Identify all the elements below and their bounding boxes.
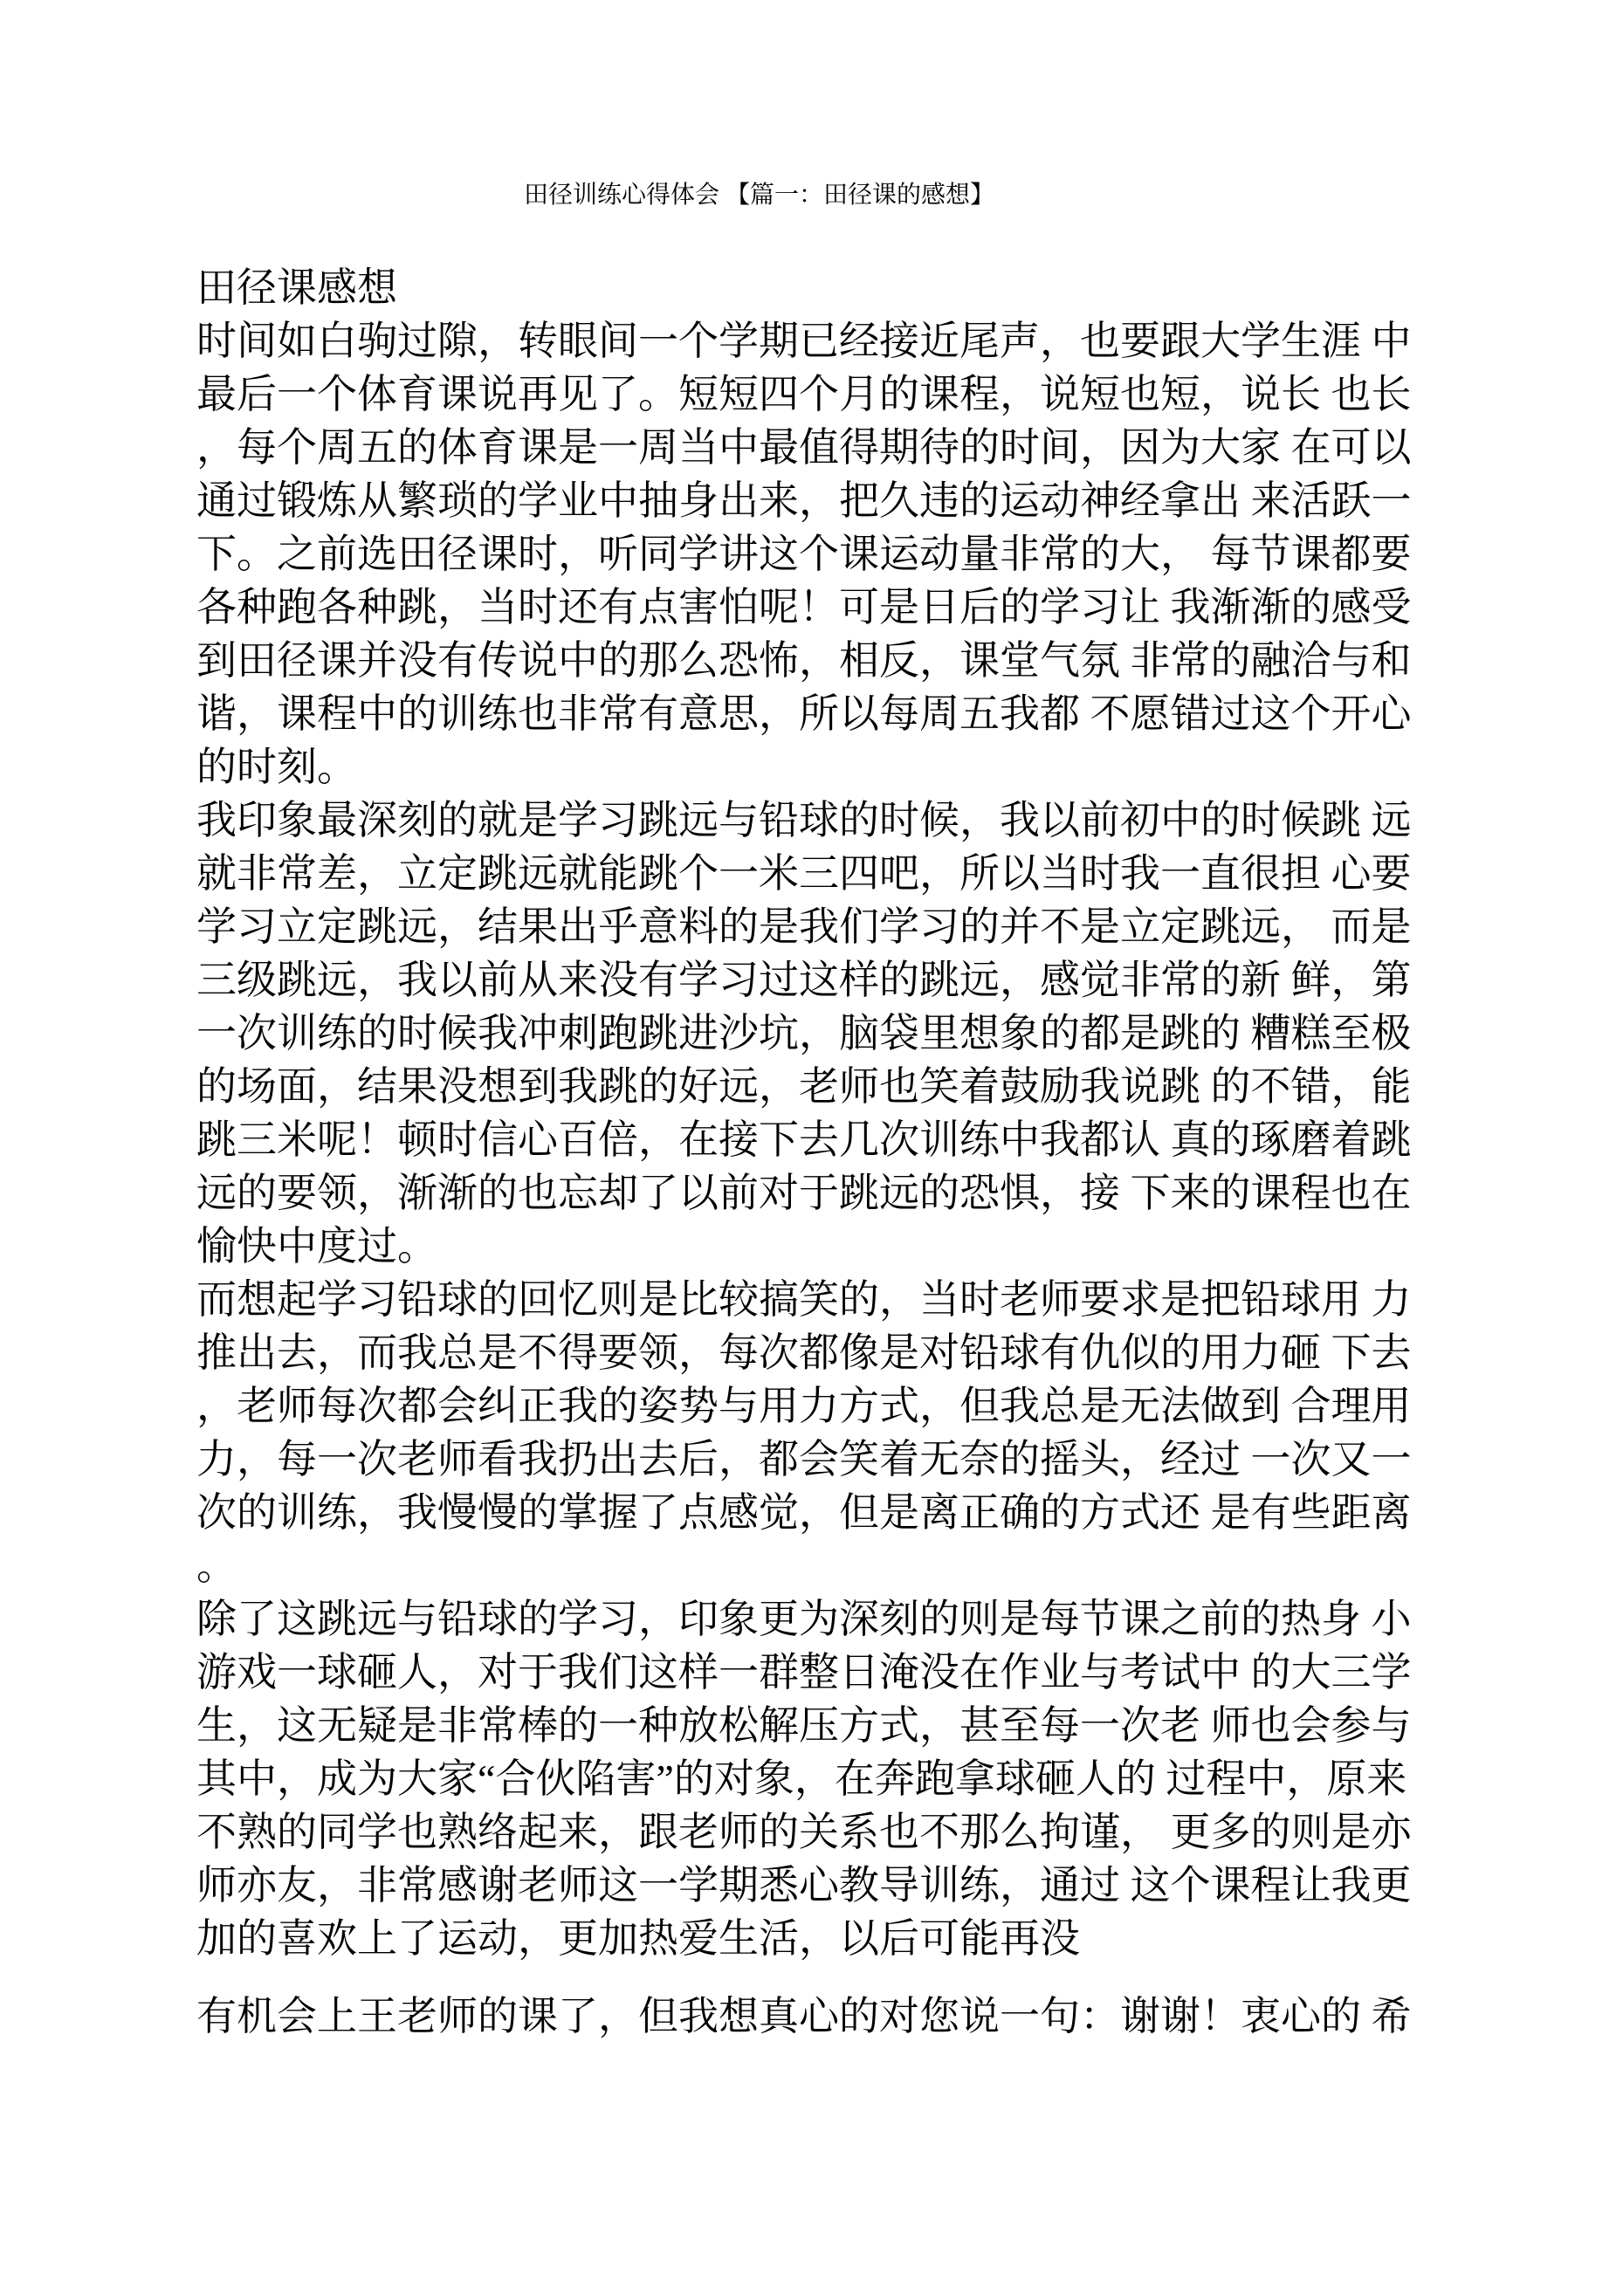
text-line: 游戏一球砸人，对于我们这样一群整日淹没在作业与考试中 的大三学	[196, 1646, 1471, 1699]
text-line: 加的喜欢上了运动，更加热爱生活，以后可能再没	[196, 1912, 1471, 1965]
text-line: 除了这跳远与铅球的学习，印象更为深刻的则是每节课之前的热身 小	[196, 1592, 1471, 1646]
text-line: 推出去，而我总是不得要领，每次都像是对铅球有仇似的用力砸 下去	[196, 1326, 1471, 1379]
document-title: 田径训练心得体会 【篇一：田径课的感想】	[524, 178, 994, 213]
text-line: 谐，课程中的训练也非常有意思，所以每周五我都 不愿错过这个开心	[196, 687, 1471, 740]
text-line: 三级跳远，我以前从来没有学习过这样的跳远，感觉非常的新 鲜，第	[196, 953, 1471, 1007]
text-line: 愉快中度过。	[196, 1220, 1471, 1273]
text-line: 远的要领，渐渐的也忘却了以前对于跳远的恐惧，接 下来的课程也在	[196, 1166, 1471, 1220]
text-line: 最后一个体育课说再见了。短短四个月的课程，说短也短，说长 也长	[196, 368, 1471, 421]
text-line: 时间如白驹过隙，转眼间一个学期已经接近尾声，也要跟大学生涯 中	[196, 314, 1471, 368]
text-line: ，老师每次都会纠正我的姿势与用力方式，但我总是无法做到 合理用	[196, 1379, 1471, 1433]
text-line-heading: 田径课感想	[196, 261, 1471, 314]
text-line: 跳三米呢！顿时信心百倍，在接下去几次训练中我都认 真的琢磨着跳	[196, 1113, 1471, 1166]
text-line: 各种跑各种跳，当时还有点害怕呢！可是日后的学习让 我渐渐的感受	[196, 581, 1471, 634]
text-line: 的场面，结果没想到我跳的好远，老师也笑着鼓励我说跳 的不错，能	[196, 1060, 1471, 1113]
text-line-final: 有机会上王老师的课了，但我想真心的对您说一句：谢谢！衷心的 希	[196, 1990, 1471, 2043]
text-line: 通过锻炼从繁琐的学业中抽身出来，把久违的运动神经拿出 来活跃一	[196, 474, 1471, 527]
document-page: 田径训练心得体会 【篇一：田径课的感想】 田径课感想 时间如白驹过隙，转眼间一个…	[0, 0, 1623, 2296]
text-line: 次的训练，我慢慢的掌握了点感觉，但是离正确的方式还 是有些距离	[196, 1486, 1471, 1539]
text-line: 到田径课并没有传说中的那么恐怖，相反，课堂气氛 非常的融洽与和	[196, 634, 1471, 687]
text-line: 学习立定跳远，结果出乎意料的是我们学习的并不是立定跳远， 而是	[196, 900, 1471, 953]
text-line: ，每个周五的体育课是一周当中最值得期待的时间，因为大家 在可以	[196, 421, 1471, 474]
text-line: 的时刻。	[196, 740, 1471, 794]
text-line: 。	[196, 1539, 1471, 1592]
text-line: 不熟的同学也熟络起来，跟老师的关系也不那么拘谨， 更多的则是亦	[196, 1805, 1471, 1859]
text-line: 师亦友，非常感谢老师这一学期悉心教导训练，通过 这个课程让我更	[196, 1859, 1471, 1912]
text-line: 生，这无疑是非常棒的一种放松解压方式，甚至每一次老 师也会参与	[196, 1699, 1471, 1752]
document-body: 田径课感想 时间如白驹过隙，转眼间一个学期已经接近尾声，也要跟大学生涯 中 最后…	[196, 261, 1471, 2043]
text-line: 一次训练的时候我冲刺跑跳进沙坑，脑袋里想象的都是跳的 糟糕至极	[196, 1007, 1471, 1060]
text-line: 力，每一次老师看我扔出去后，都会笑着无奈的摇头，经过 一次又一	[196, 1433, 1471, 1486]
text-line: 我印象最深刻的就是学习跳远与铅球的时候，我以前初中的时候跳 远	[196, 794, 1471, 847]
text-line: 就非常差，立定跳远就能跳个一米三四吧，所以当时我一直很担 心要	[196, 847, 1471, 900]
text-line: 下。之前选田径课时，听同学讲这个课运动量非常的大， 每节课都要	[196, 527, 1471, 581]
text-line: 而想起学习铅球的回忆则是比较搞笑的，当时老师要求是把铅球用 力	[196, 1273, 1471, 1326]
text-line: 其中，成为大家“合伙陷害”的对象，在奔跑拿球砸人的 过程中，原来	[196, 1752, 1471, 1805]
